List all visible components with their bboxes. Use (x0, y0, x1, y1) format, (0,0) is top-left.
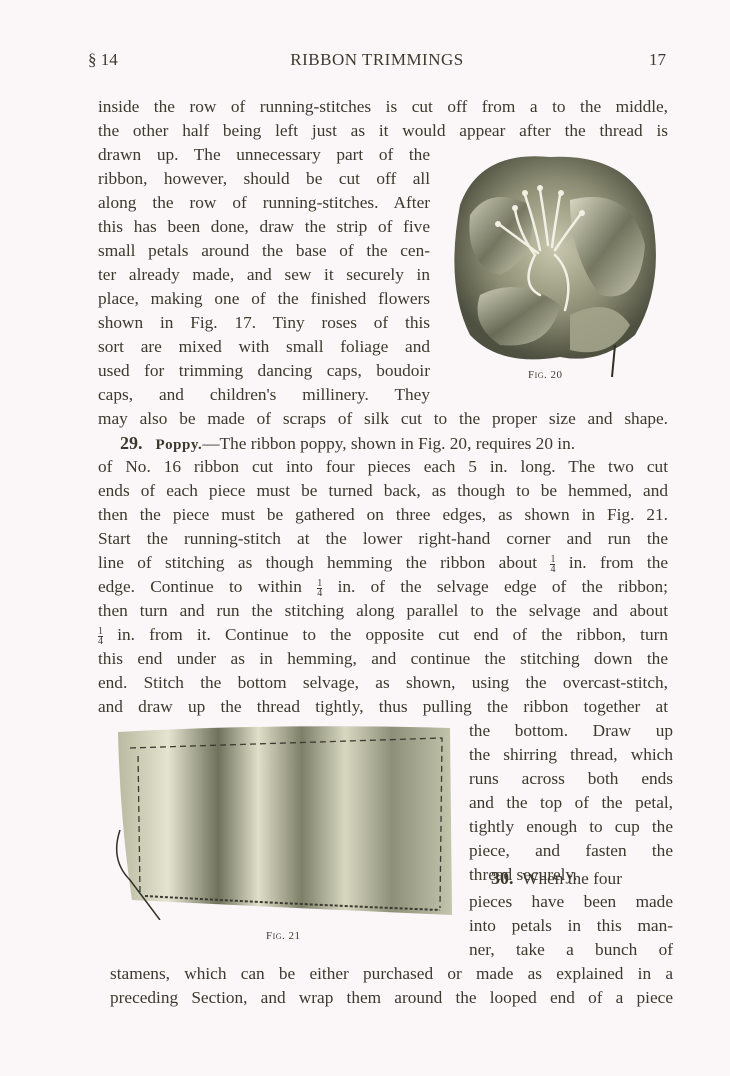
text-span: in. of the selvage edge of the ribbon; (338, 577, 668, 596)
text-line: then the piece must be gathered on three… (98, 503, 668, 527)
text-line: runs across both ends (469, 767, 673, 791)
text-line: this has been done, draw the strip of fi… (98, 215, 430, 239)
figure-20-poppy (440, 145, 665, 380)
fraction-quarter: 14 (317, 579, 322, 598)
text-span: in. from the (569, 553, 668, 572)
text-line: Start the running-stitch at the lower ri… (98, 527, 668, 551)
text-line: then turn and run the stitching along pa… (98, 599, 668, 623)
text-line: ribbon, however, should be cut off all (98, 167, 430, 191)
text-line: inside the row of running-stitches is cu… (98, 95, 668, 119)
page-title: RIBBON TRIMMINGS (88, 50, 666, 70)
text-line: ner, take a bunch of (469, 938, 673, 962)
text-line: preceding Section, and wrap them around … (110, 986, 673, 1010)
text-line: end. Stitch the bottom selvage, as shown… (98, 671, 668, 695)
text-line: drawn up. The unnecessary part of the (98, 143, 430, 167)
text-line: this end under as in hemming, and contin… (98, 647, 668, 671)
paragraph-number: 30. (491, 868, 514, 888)
paragraph-heading: Poppy. (155, 437, 202, 453)
page-number: 17 (649, 50, 666, 70)
running-header: § 14 RIBBON TRIMMINGS 17 (88, 50, 666, 74)
poppy-illustration (440, 145, 665, 380)
text-line: into petals in this man- (469, 914, 673, 938)
text-line: the bottom. Draw up (469, 719, 673, 743)
text-line: small petals around the base of the cen- (98, 239, 430, 263)
paragraph-30-first-line: 30. When the four (469, 866, 673, 891)
text-span: line of stitching as though hemming the … (98, 553, 537, 572)
text-line: stamens, which can be either purchased o… (110, 962, 673, 986)
text-line: the shirring thread, which (469, 743, 673, 767)
text-line: used for trimming dancing caps, boudoir (98, 359, 430, 383)
text-line: sort are mixed with small foliage and (98, 335, 430, 359)
text-line-with-fraction: 14 in. from it. Continue to the opposite… (98, 623, 668, 647)
text-span: edge. Continue to within (98, 577, 302, 596)
paragraph-29-first-line: 29. Poppy.—The ribbon poppy, shown in Fi… (98, 431, 668, 457)
petal-illustration (110, 720, 455, 920)
text-line: pieces have been made (469, 890, 673, 914)
text-line: may also be made of scraps of silk cut t… (98, 407, 668, 431)
fraction-quarter: 14 (98, 627, 103, 646)
text-line: piece, and fasten the (469, 839, 673, 863)
paragraph-number: 29. (120, 433, 143, 453)
text-line: ends of each piece must be turned back, … (98, 479, 668, 503)
text-line: shown in Fig. 17. Tiny roses of this (98, 311, 430, 335)
text-line: and draw up the thread tightly, thus pul… (98, 695, 668, 719)
text-span: in. from it. Continue to the opposite cu… (117, 625, 668, 644)
figure-21-petal (110, 720, 455, 920)
text-line: and the top of the petal, (469, 791, 673, 815)
figure-20-caption: Fig. 20 (528, 369, 563, 381)
text-span: When the four (522, 869, 622, 888)
text-line: the other half being left just as it wou… (98, 119, 668, 143)
text-line: of No. 16 ribbon cut into four pieces ea… (98, 455, 668, 479)
text-line: ter already made, and sew it securely in (98, 263, 430, 287)
text-line: caps, and children's millinery. They (98, 383, 430, 407)
text-line: tightly enough to cup the (469, 815, 673, 839)
text-line-with-fraction: edge. Continue to within 14 in. of the s… (98, 575, 668, 599)
figure-21-caption: Fig. 21 (266, 930, 301, 942)
fraction-quarter: 14 (550, 555, 555, 574)
text-line: place, making one of the finished flower… (98, 287, 430, 311)
text-line: along the row of running-stitches. After (98, 191, 430, 215)
text-line: —The ribbon poppy, shown in Fig. 20, req… (202, 434, 575, 453)
text-line-with-fraction: line of stitching as though hemming the … (98, 551, 668, 575)
